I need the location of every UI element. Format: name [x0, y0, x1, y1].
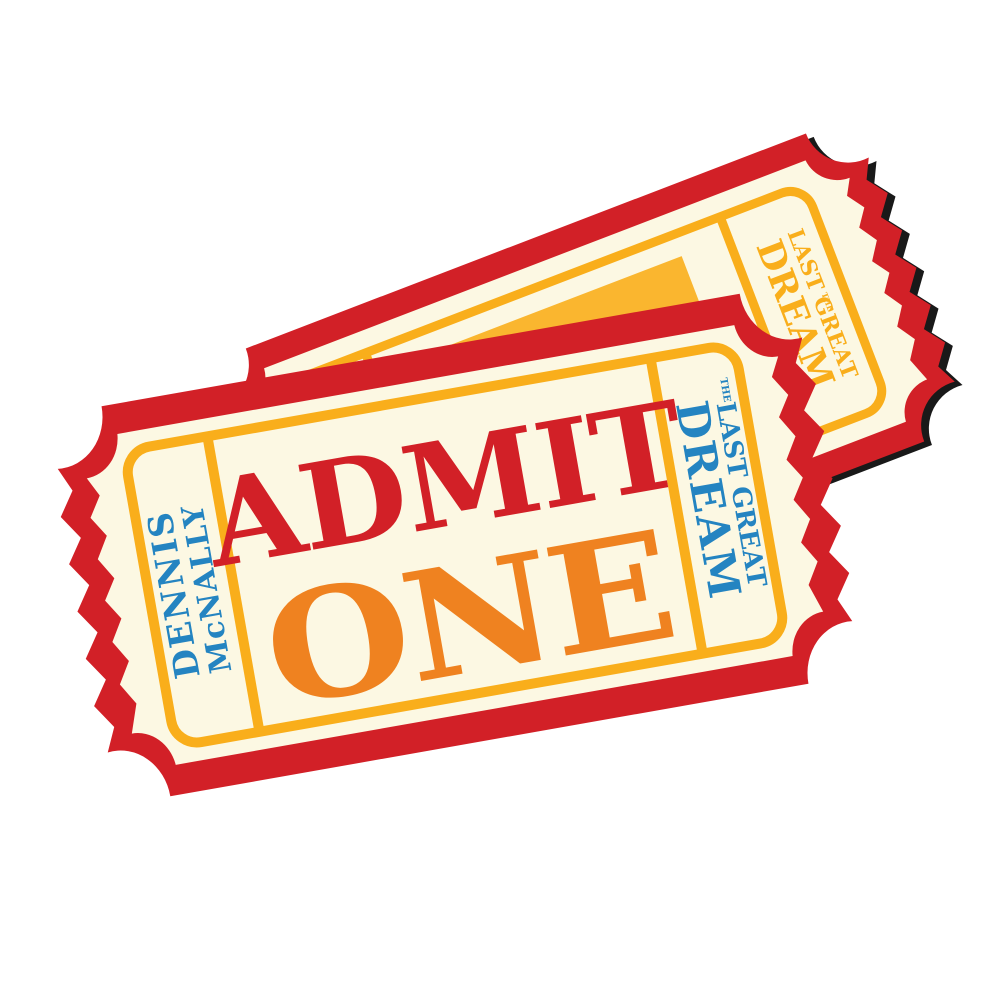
front-ticket: DENNIS McNALLY THE LAST GREAT DREAM ADMI…	[43, 283, 867, 806]
ticket-illustration: THE LAST GREAT DREAM DENNIS McNALLY THE	[0, 0, 1000, 1000]
tickets-graphic: THE LAST GREAT DREAM DENNIS McNALLY THE	[0, 0, 1000, 1000]
